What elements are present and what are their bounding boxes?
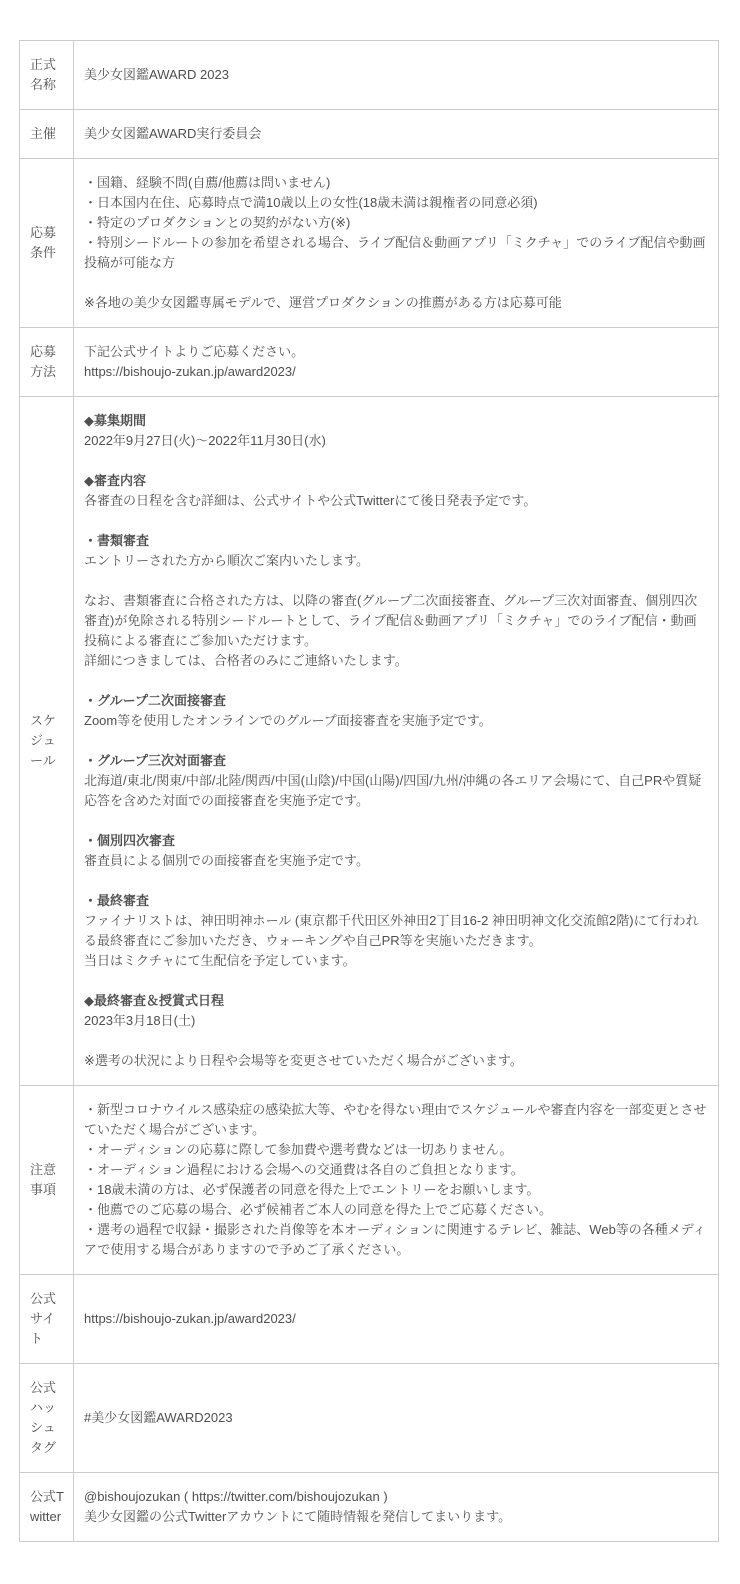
text-line-entry-requirements: ・特定のプロダクションとの契約がない方(※) xyxy=(84,213,708,233)
text-line-schedule: 北海道/東北/関東/中部/北陸/関西/中国(山陰)/中国(山陽)/四国/九州/沖… xyxy=(84,771,708,811)
table-row-organizer: 主催美少女図鑑AWARD実行委員会 xyxy=(20,110,719,159)
row-content-organizer: 美少女図鑑AWARD実行委員会 xyxy=(74,110,719,159)
row-content-entry-requirements: ・国籍、経験不問(自薦/他薦は問いません)・日本国内在住、応募時点で満10歳以上… xyxy=(74,159,719,328)
row-header-schedule: スケジュール xyxy=(20,397,74,1086)
row-header-how-to-apply: 応募方法 xyxy=(20,328,74,397)
text-line-schedule: なお、書類審査に合格された方は、以降の審査(グループ二次面接審査、グループ三次対… xyxy=(84,591,708,651)
section-heading-schedule: ◆募集期間 xyxy=(84,411,708,431)
table-row-notes: 注意事項・新型コロナウイルス感染症の感染拡大等、やむを得ない理由でスケジュールや… xyxy=(20,1086,719,1275)
row-content-official-name: 美少女図鑑AWARD 2023 xyxy=(74,41,719,110)
text-line-notes: ・18歳未満の方は、必ず保護者の同意を得た上でエントリーをお願いします。 xyxy=(84,1180,708,1200)
text-line-schedule: ※選考の状況により日程や会場等を変更させていただく場合がございます。 xyxy=(84,1051,708,1071)
text-line-how-to-apply: 下記公式サイトよりご応募ください。 xyxy=(84,342,708,362)
text-line-schedule: エントリーされた方から順次ご案内いたします。 xyxy=(84,551,708,571)
text-line-notes: ・選考の過程で収録・撮影された肖像等を本オーディションに関連するテレビ、雑誌、W… xyxy=(84,1220,708,1260)
row-header-organizer: 主催 xyxy=(20,110,74,159)
text-line-entry-requirements: ・日本国内在住、応募時点で満10歳以上の女性(18歳未満は親権者の同意必須) xyxy=(84,193,708,213)
table-row-official-hashtag: 公式ハッシュタグ#美少女図鑑AWARD2023 xyxy=(20,1364,719,1473)
row-header-official-twitter: 公式Twitter xyxy=(20,1473,74,1542)
text-line-official-twitter: 美少女図鑑の公式Twitterアカウントにて随時情報を発信してまいります。 xyxy=(84,1507,708,1527)
row-header-official-site: 公式サイト xyxy=(20,1275,74,1364)
table-row-official-name: 正式名称美少女図鑑AWARD 2023 xyxy=(20,41,719,110)
text-line-schedule: ファイナリストは、神田明神ホール (東京都千代田区外神田2丁目16-2 神田明神… xyxy=(84,911,708,951)
text-line-entry-requirements: ・特別シードルートの参加を希望される場合、ライブ配信＆動画アプリ「ミクチャ」での… xyxy=(84,233,708,273)
section-heading-schedule: ・グループ三次対面審査 xyxy=(84,751,708,771)
row-header-official-hashtag: 公式ハッシュタグ xyxy=(20,1364,74,1473)
section-heading-schedule: ・グループ二次面接審査 xyxy=(84,691,708,711)
row-header-notes: 注意事項 xyxy=(20,1086,74,1275)
text-line-notes: ・オーディションの応募に際して参加費や選考費などは一切ありません。 xyxy=(84,1140,708,1160)
text-line-schedule: 2022年9月27日(火)～2022年11月30日(水) xyxy=(84,431,708,451)
text-line-schedule: 2023年3月18日(土) xyxy=(84,1011,708,1031)
row-content-notes: ・新型コロナウイルス感染症の感染拡大等、やむを得ない理由でスケジュールや審査内容… xyxy=(74,1086,719,1275)
text-line-schedule: 当日はミクチャにて生配信を予定しています。 xyxy=(84,951,708,971)
section-heading-schedule: ◆審査内容 xyxy=(84,471,708,491)
text-line-schedule: 各審査の日程を含む詳細は、公式サイトや公式Twitterにて後日発表予定です。 xyxy=(84,491,708,511)
text-line-official-hashtag: #美少女図鑑AWARD2023 xyxy=(84,1408,708,1428)
row-header-official-name: 正式名称 xyxy=(20,41,74,110)
table-row-entry-requirements: 応募条件・国籍、経験不問(自薦/他薦は問いません)・日本国内在住、応募時点で満1… xyxy=(20,159,719,328)
text-line-schedule: 詳細につきましては、合格者のみにご連絡いたします。 xyxy=(84,651,708,671)
page: { "colors": { "background": "#ffffff", "… xyxy=(0,0,740,1584)
award-info-table: 正式名称美少女図鑑AWARD 2023主催美少女図鑑AWARD実行委員会応募条件… xyxy=(19,40,719,1542)
row-content-schedule: ◆募集期間2022年9月27日(火)～2022年11月30日(水)◆審査内容各審… xyxy=(74,397,719,1086)
section-heading-schedule: ・書類審査 xyxy=(84,531,708,551)
section-heading-schedule: ・最終審査 xyxy=(84,891,708,911)
text-line-schedule: Zoom等を使用したオンラインでのグループ面接審査を実施予定です。 xyxy=(84,711,708,731)
text-line-entry-requirements: ・国籍、経験不問(自薦/他薦は問いません) xyxy=(84,173,708,193)
section-heading-schedule: ◆最終審査＆授賞式日程 xyxy=(84,991,708,1011)
award-info-table-body: 正式名称美少女図鑑AWARD 2023主催美少女図鑑AWARD実行委員会応募条件… xyxy=(20,41,719,1542)
row-content-how-to-apply: 下記公式サイトよりご応募ください。https://bishoujo-zukan.… xyxy=(74,328,719,397)
row-content-official-site: https://bishoujo-zukan.jp/award2023/ xyxy=(74,1275,719,1364)
text-line-notes: ・オーディション過程における会場への交通費は各自のご負担となります。 xyxy=(84,1160,708,1180)
row-content-official-twitter: @bishoujozukan ( https://twitter.com/bis… xyxy=(74,1473,719,1542)
table-row-official-site: 公式サイトhttps://bishoujo-zukan.jp/award2023… xyxy=(20,1275,719,1364)
text-line-official-site: https://bishoujo-zukan.jp/award2023/ xyxy=(84,1309,708,1329)
text-line-notes: ・他薦でのご応募の場合、必ず候補者ご本人の同意を得た上でご応募ください。 xyxy=(84,1200,708,1220)
text-line-notes: ・新型コロナウイルス感染症の感染拡大等、やむを得ない理由でスケジュールや審査内容… xyxy=(84,1100,708,1140)
table-row-schedule: スケジュール◆募集期間2022年9月27日(火)～2022年11月30日(水)◆… xyxy=(20,397,719,1086)
table-row-official-twitter: 公式Twitter@bishoujozukan ( https://twitte… xyxy=(20,1473,719,1542)
section-heading-schedule: ・個別四次審査 xyxy=(84,831,708,851)
text-line-official-twitter: @bishoujozukan ( https://twitter.com/bis… xyxy=(84,1487,708,1507)
text-line-schedule: 審査員による個別での面接審査を実施予定です。 xyxy=(84,851,708,871)
text-line-how-to-apply: https://bishoujo-zukan.jp/award2023/ xyxy=(84,362,708,382)
text-line-official-name: 美少女図鑑AWARD 2023 xyxy=(84,65,708,85)
text-line-entry-requirements: ※各地の美少女図鑑専属モデルで、運営プロダクションの推薦がある方は応募可能 xyxy=(84,293,708,313)
row-header-entry-requirements: 応募条件 xyxy=(20,159,74,328)
text-line-organizer: 美少女図鑑AWARD実行委員会 xyxy=(84,124,708,144)
table-row-how-to-apply: 応募方法下記公式サイトよりご応募ください。https://bishoujo-zu… xyxy=(20,328,719,397)
row-content-official-hashtag: #美少女図鑑AWARD2023 xyxy=(74,1364,719,1473)
